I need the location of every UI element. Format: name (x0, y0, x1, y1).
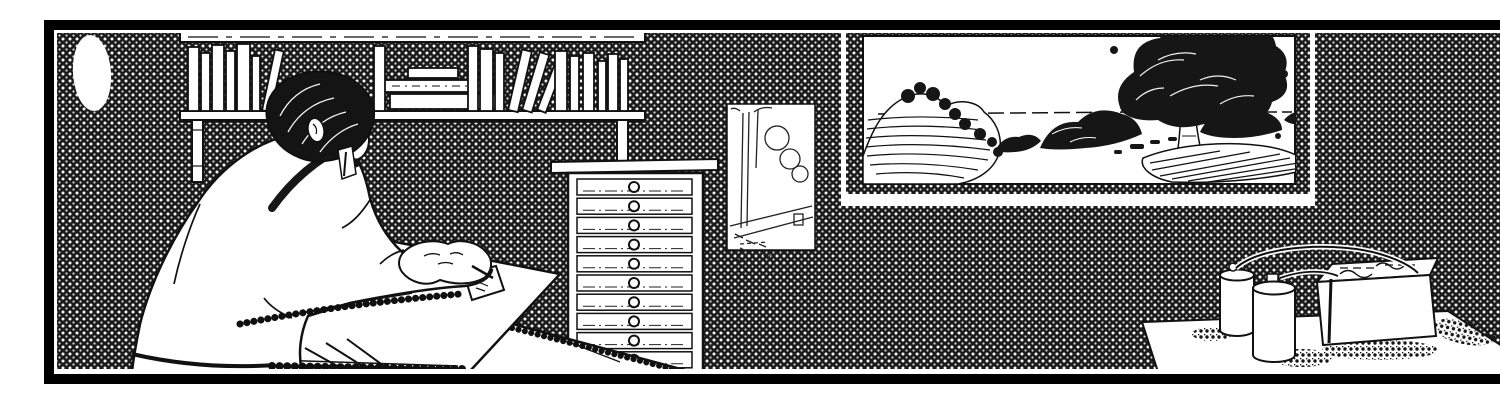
vintage-illustration (40, 16, 1500, 391)
hair (266, 71, 374, 161)
wall-sketch (727, 104, 815, 262)
framed-landscape (841, 16, 1315, 206)
battery-jar-front (1253, 274, 1295, 362)
collar (338, 146, 356, 179)
battery-jar-rear (1220, 263, 1254, 336)
